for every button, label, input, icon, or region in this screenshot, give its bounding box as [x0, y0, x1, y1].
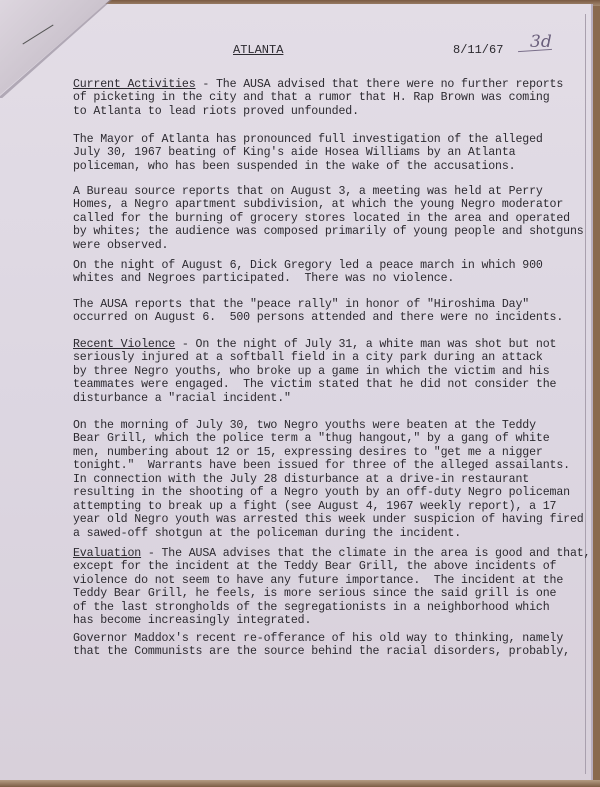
text-line: The Mayor of Atlanta has pronounced full…	[73, 133, 543, 146]
text-line: has become increasingly integrated.	[73, 614, 590, 627]
paragraph: Governor Maddox's recent re-offerance of…	[73, 632, 570, 659]
text-line: that the Communists are the source behin…	[73, 645, 570, 658]
page-edge-line	[585, 14, 586, 774]
text-line: Teddy Bear Grill, he feels, is more seri…	[73, 587, 590, 600]
text-line: teammates were engaged. The victim state…	[73, 378, 556, 391]
paragraph: On the morning of July 30, two Negro you…	[73, 419, 570, 473]
text-line: In connection with the July 28 disturban…	[73, 473, 584, 486]
text-line: whites and Negroes participated. There w…	[73, 272, 543, 285]
text-line: except for the incident at the Teddy Bea…	[73, 560, 590, 573]
text-line: year old Negro youth was arrested this w…	[73, 513, 584, 526]
text-line: Governor Maddox's recent re-offerance of…	[73, 632, 570, 645]
text-line: attempting to break up a fight (see Augu…	[73, 500, 584, 513]
text-line: Homes, a Negro apartment subdivision, at…	[73, 198, 584, 211]
text-line: The AUSA reports that the "peace rally" …	[73, 298, 563, 311]
paragraph: The AUSA reports that the "peace rally" …	[73, 298, 563, 325]
text-line: seriously injured at a softball field in…	[73, 351, 556, 364]
text-line: of the last strongholds of the segregati…	[73, 601, 590, 614]
section-heading: Evaluation	[73, 547, 141, 560]
paragraph: Current Activities - The AUSA advised th…	[73, 78, 563, 118]
paragraph: A Bureau source reports that on August 3…	[73, 185, 584, 252]
text-line: tonight." Warrants have been issued for …	[73, 459, 570, 472]
document-date: 8/11/67	[453, 43, 503, 57]
paragraph: Recent Violence - On the night of July 3…	[73, 338, 556, 405]
text-line: Evaluation - The AUSA advises that the c…	[73, 547, 590, 560]
text-line: were observed.	[73, 239, 584, 252]
text-line: resulting in the shooting of a Negro you…	[73, 486, 584, 499]
text-line: A Bureau source reports that on August 3…	[73, 185, 584, 198]
paragraph: On the night of August 6, Dick Gregory l…	[73, 259, 543, 286]
text-line: violence do not seem to have any future …	[73, 574, 590, 587]
text-line: disturbance a "racial incident."	[73, 392, 556, 405]
text-line: by whites; the audience was composed pri…	[73, 225, 584, 238]
text-line: to Atlanta to lead riots proved unfounde…	[73, 105, 563, 118]
text-line: called for the burning of grocery stores…	[73, 212, 584, 225]
text-line: a sawed-off shotgun at the policeman dur…	[73, 527, 584, 540]
text-line: On the morning of July 30, two Negro you…	[73, 419, 570, 432]
section-heading: Current Activities	[73, 78, 196, 91]
text-line: occurred on August 6. 500 persons attend…	[73, 311, 563, 324]
paragraph: Evaluation - The AUSA advises that the c…	[73, 547, 590, 627]
text-line: July 30, 1967 beating of King's aide Hos…	[73, 146, 543, 159]
desk-edge-bottom	[0, 780, 600, 787]
section-heading: Recent Violence	[73, 338, 175, 351]
text-line: policeman, who has been suspended in the…	[73, 160, 543, 173]
text-line: Recent Violence - On the night of July 3…	[73, 338, 556, 351]
document-title: ATLANTA	[233, 43, 283, 57]
paragraph: In connection with the July 28 disturban…	[73, 473, 584, 540]
text-line: men, numbering about 12 or 15, expressin…	[73, 446, 570, 459]
text-line: by three Negro youths, who broke up a ga…	[73, 365, 556, 378]
text-line: Bear Grill, which the police term a "thu…	[73, 432, 570, 445]
paragraph: The Mayor of Atlanta has pronounced full…	[73, 133, 543, 173]
text-line: On the night of August 6, Dick Gregory l…	[73, 259, 543, 272]
text-line: of picketing in the city and that a rumo…	[73, 91, 563, 104]
text-line: Current Activities - The AUSA advised th…	[73, 78, 563, 91]
